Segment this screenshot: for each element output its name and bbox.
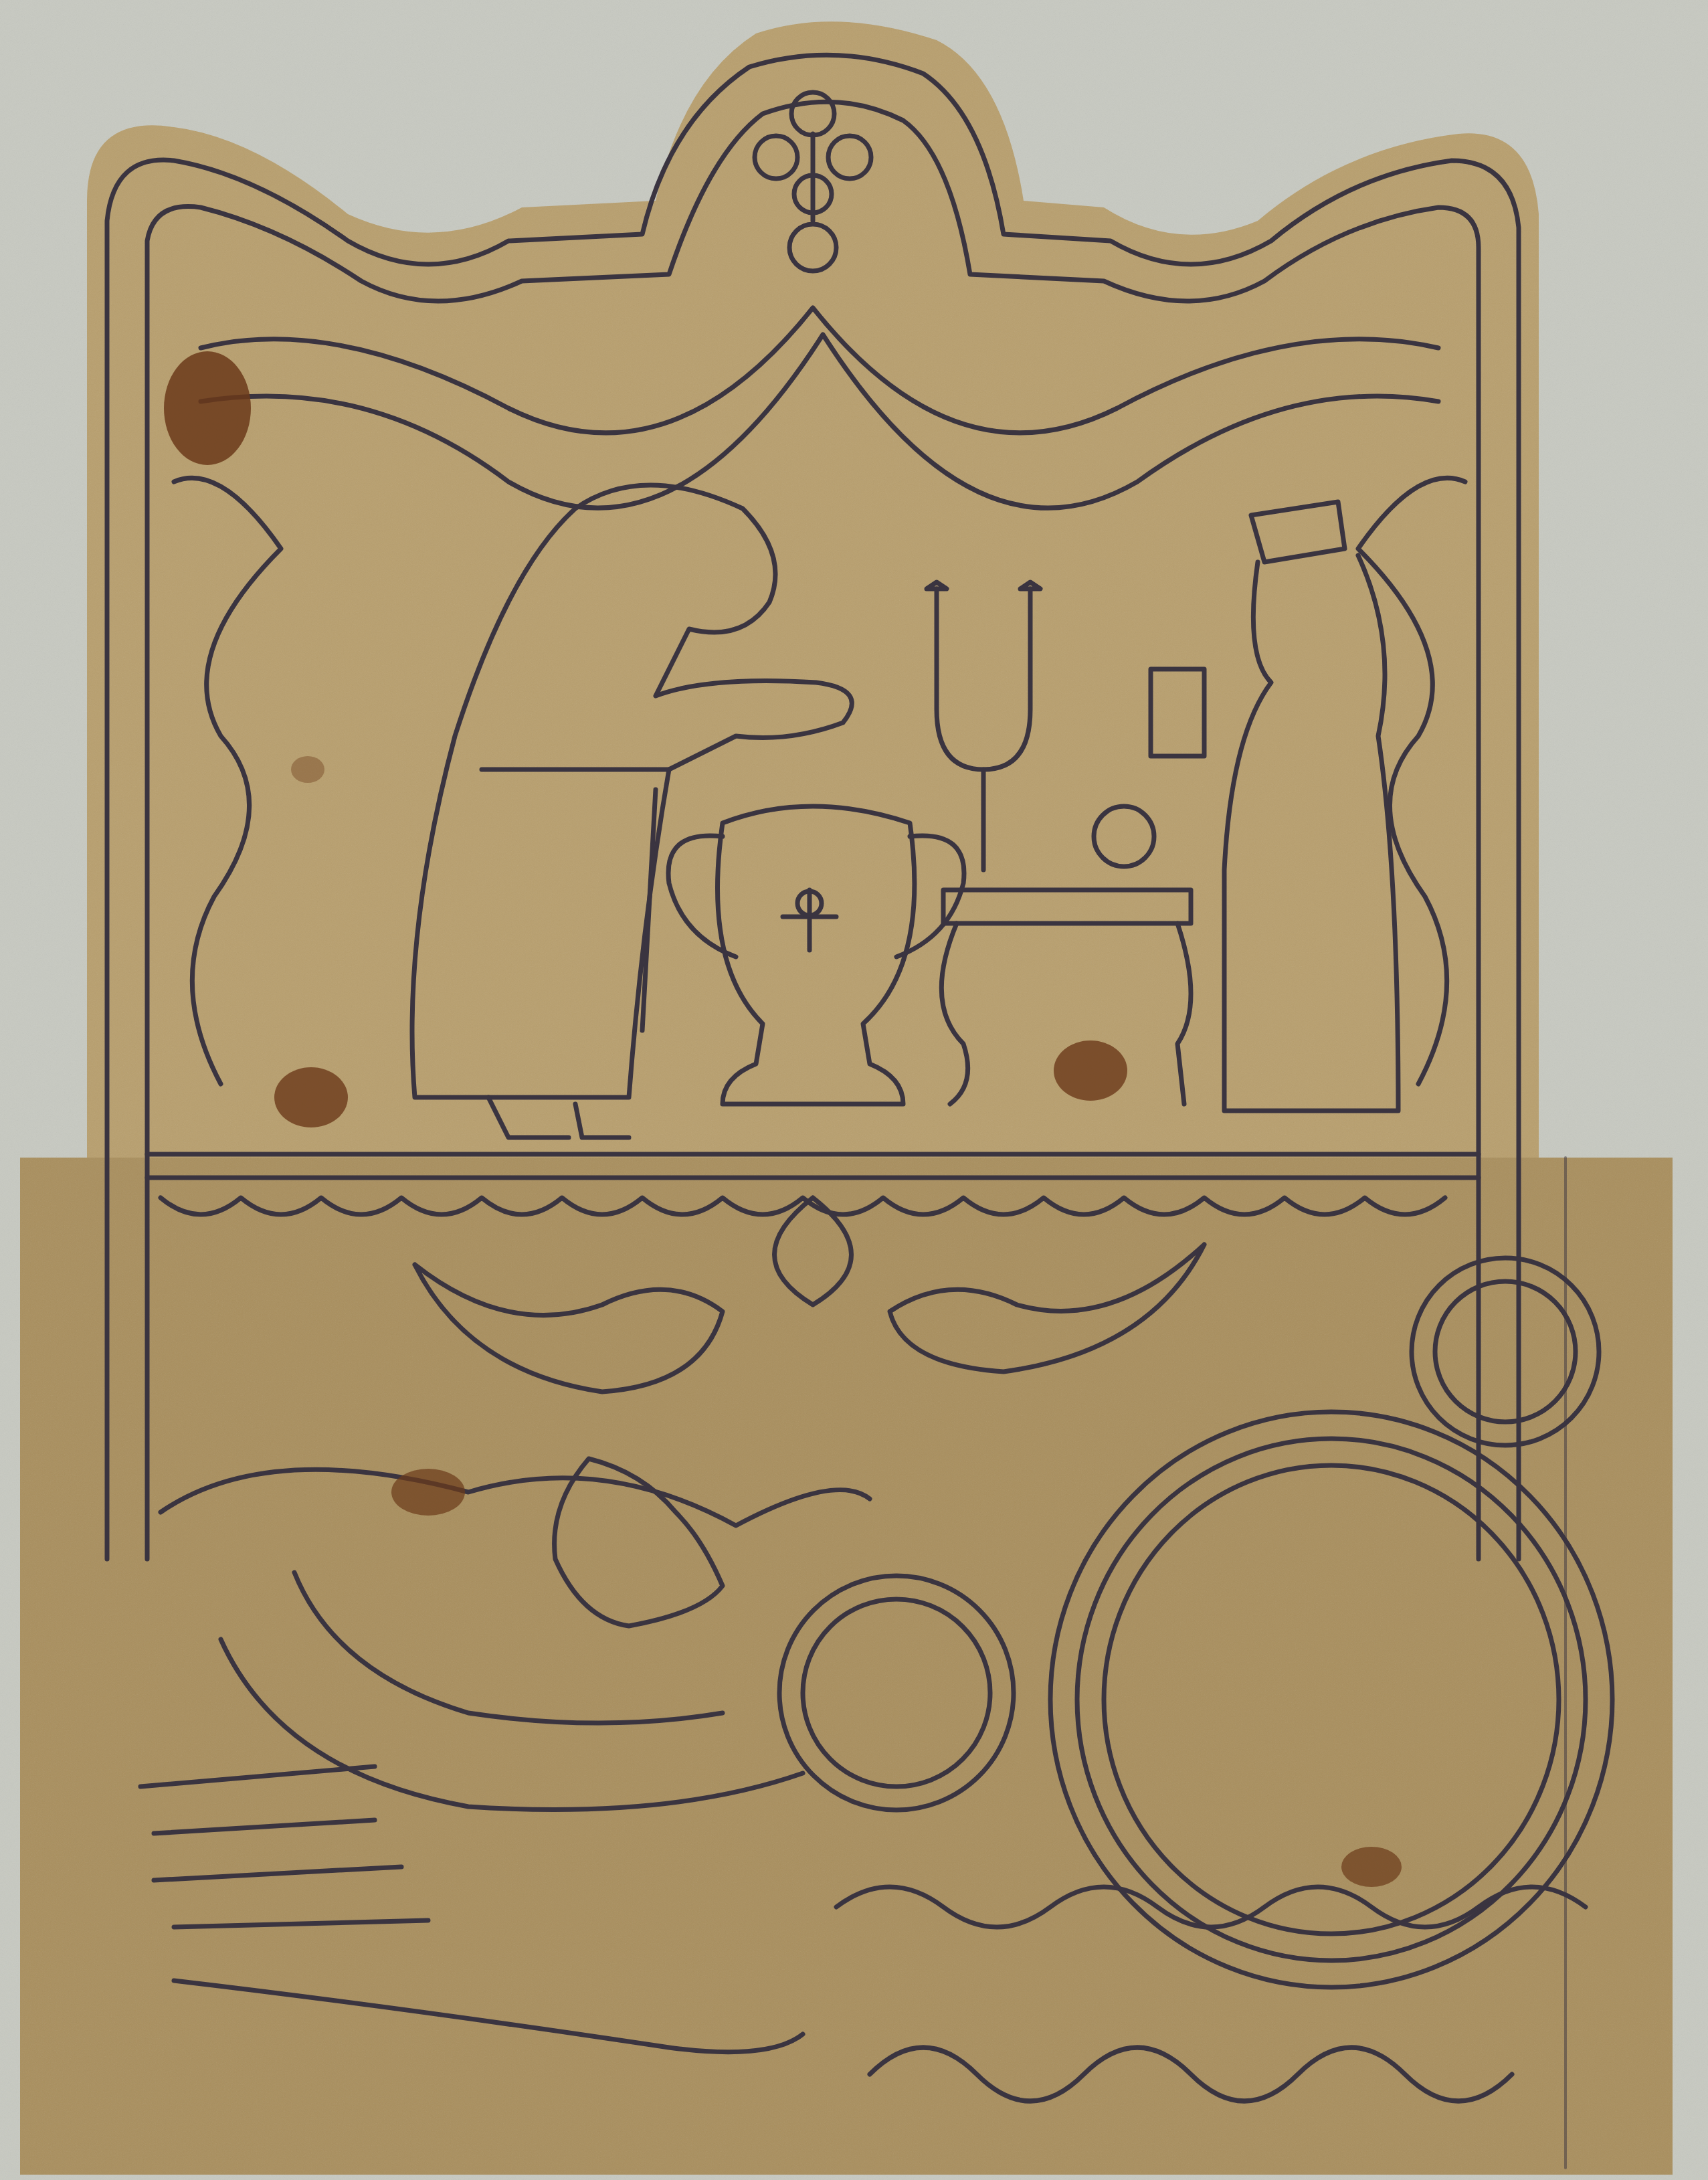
drawing-photograph xyxy=(0,0,1708,2180)
drawing-svg xyxy=(0,0,1708,2180)
